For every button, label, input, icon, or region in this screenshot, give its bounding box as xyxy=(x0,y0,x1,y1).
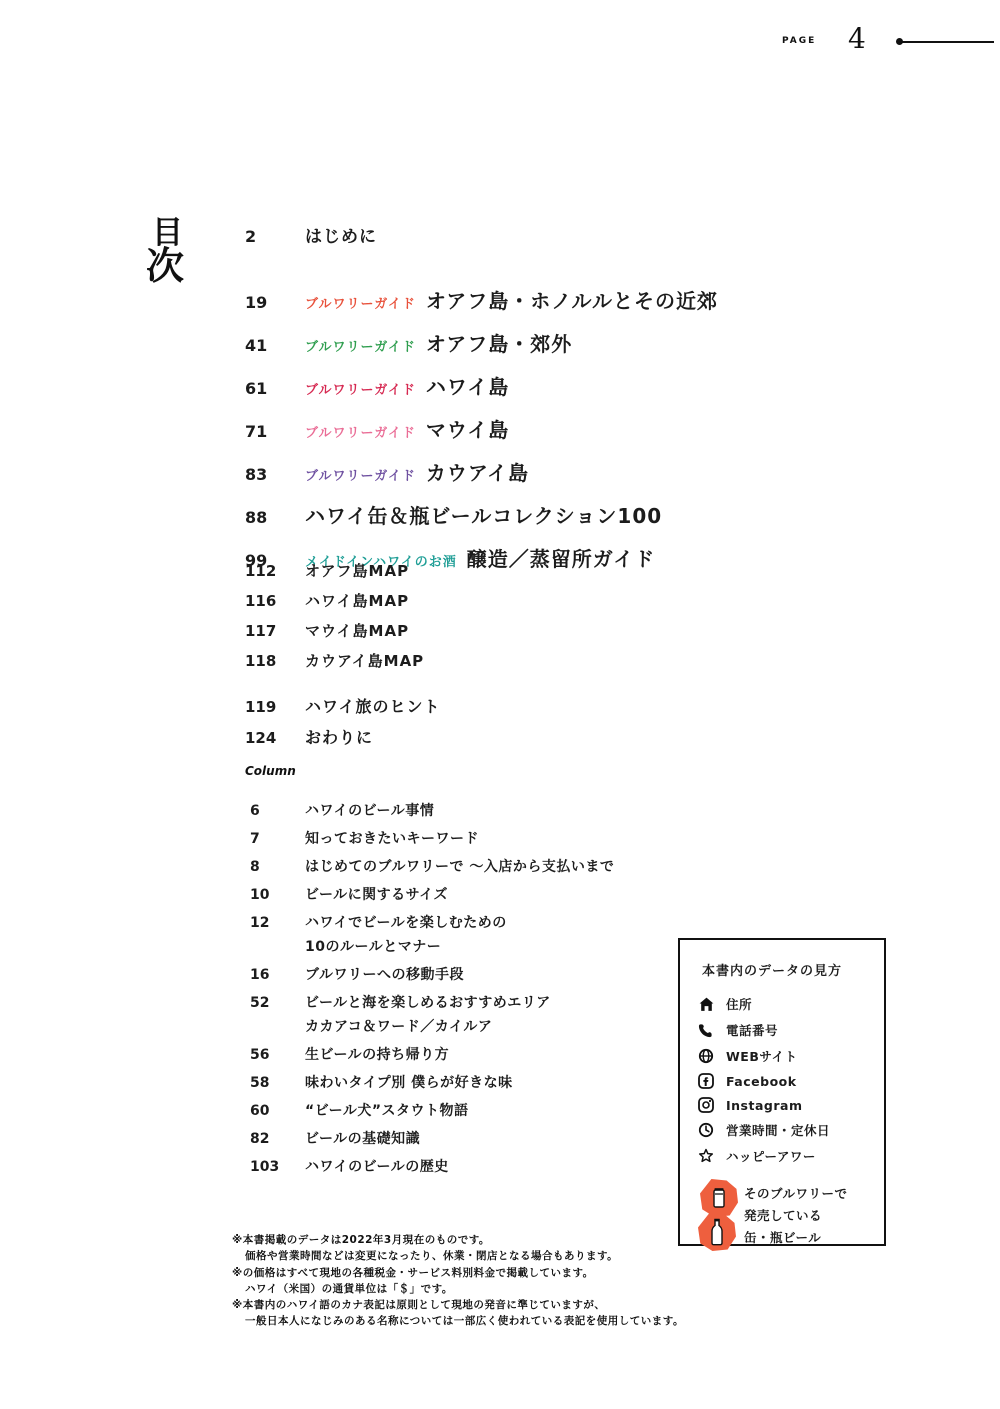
toc-item: 124 おわりに xyxy=(245,725,645,748)
toc-item-label-line2: 10のルールとマナー xyxy=(305,936,680,956)
toc-item-label: ハワイ旅のヒント xyxy=(305,694,441,717)
toc-item-number: 12 xyxy=(250,915,305,931)
legend-item-web: WEBサイト xyxy=(698,1047,870,1065)
toc-item-label: 生ビールの持ち帰り方 xyxy=(305,1044,449,1064)
footnote-line: ハワイ（米国）の通貨単位は「＄」です。 xyxy=(232,1281,792,1297)
legend-item-label: 電話番号 xyxy=(726,1021,778,1039)
toc-item-label: 知っておきたいキーワード xyxy=(305,828,479,848)
toc-item-label: ハワイ島 xyxy=(426,371,509,400)
toc-item-label: オアフ島MAP xyxy=(305,560,409,581)
toc-item-number: 56 xyxy=(250,1047,305,1063)
footnotes: ※本書掲載のデータは2022年3月現在のものです。 価格や営業時間などは変更にな… xyxy=(232,1232,792,1330)
toc-item-label: ハワイでビールを楽しむための xyxy=(305,912,507,932)
toc-item: 6 ハワイのビール事情 xyxy=(250,800,680,820)
toc-item-label: はじめてのブルワリーで ～入店から支払いまで xyxy=(305,856,614,876)
toc-item-number: 118 xyxy=(245,652,305,670)
clock-icon xyxy=(698,1122,726,1138)
legend-item-facebook: Facebook xyxy=(698,1073,870,1089)
toc-item-label: ビールの基礎知識 xyxy=(305,1128,420,1148)
toc-map-section: 112 オアフ島MAP 116 ハワイ島MAP 117 マウイ島MAP 118 … xyxy=(245,560,645,680)
legend-item-phone: 電話番号 xyxy=(698,1021,870,1039)
toc-item-label: ハワイ缶＆瓶ビールコレクション100 xyxy=(305,500,662,529)
column-section-header: Column xyxy=(245,764,296,778)
footnote-line: ※本書掲載のデータは2022年3月現在のものです。 xyxy=(232,1232,792,1248)
header-rule xyxy=(898,41,994,43)
toc-item-label: マウイ島MAP xyxy=(305,620,409,641)
toc-item-label: ビールと海を楽しめるおすすめエリア xyxy=(305,992,551,1012)
legend-item-label: ハッピーアワー xyxy=(726,1147,816,1165)
legend-item-hours: 営業時間・定休日 xyxy=(698,1121,870,1139)
toc-item: 16 ブルワリーへの移動手段 xyxy=(250,964,680,984)
toc-page: PAGE 4 目 次 2 はじめに 19 ブルワリーガイド オアフ島・ホノルルと… xyxy=(0,0,1000,1409)
toc-item-number: 119 xyxy=(245,698,305,716)
toc-item: 103 ハワイのビールの歴史 xyxy=(250,1156,680,1176)
toc-item: 82 ビールの基礎知識 xyxy=(250,1128,680,1148)
toc-item-label: はじめに xyxy=(305,222,377,247)
toc-item-tag: ブルワリーガイド xyxy=(305,465,416,484)
toc-item-number: 2 xyxy=(245,227,305,246)
toc-item-number: 88 xyxy=(245,508,305,527)
toc-item-number: 10 xyxy=(250,887,305,903)
toc-item-tag: ブルワリーガイド xyxy=(305,379,416,398)
globe-icon xyxy=(698,1048,726,1064)
toc-item-label: ブルワリーへの移動手段 xyxy=(305,964,464,984)
legend-item-label: WEBサイト xyxy=(726,1047,797,1065)
toc-item-number: 61 xyxy=(245,379,305,398)
title-char-2: 次 xyxy=(146,247,184,285)
data-legend-box: 本書内のデータの見方 住所 電話番号 WEBサイト Facebook xyxy=(678,938,886,1246)
toc-item-number: 19 xyxy=(245,293,305,312)
toc-item-number: 52 xyxy=(250,995,305,1011)
toc-item: 8 はじめてのブルワリーで ～入店から支払いまで xyxy=(250,856,680,876)
beer-note-line: そのブルワリーで xyxy=(744,1183,848,1205)
toc-item-number: 7 xyxy=(250,831,305,847)
toc-item-number: 8 xyxy=(250,859,305,875)
toc-item-label: “ビール犬”スタウト物語 xyxy=(305,1100,469,1120)
toc-item-label: ハワイのビール事情 xyxy=(305,800,434,820)
toc-item-label: ビールに関するサイズ xyxy=(305,884,448,904)
toc-item: 71 ブルワリーガイド マウイ島 xyxy=(245,414,805,443)
toc-item: 7 知っておきたいキーワード xyxy=(250,828,680,848)
toc-item-number: 112 xyxy=(245,562,305,580)
toc-item: 58 味わいタイプ別 僕らが好きな味 xyxy=(250,1072,680,1092)
instagram-icon xyxy=(698,1097,726,1113)
beer-note-line: 発売している xyxy=(744,1205,848,1227)
toc-item-label: オアフ島・ホノルルとその近郊 xyxy=(426,285,718,314)
toc-item-label-line2: カカアコ＆ワード／カイルア xyxy=(305,1016,680,1036)
legend-item-instagram: Instagram xyxy=(698,1097,870,1113)
toc-item: 116 ハワイ島MAP xyxy=(245,590,645,611)
toc-item-label: 味わいタイプ別 僕らが好きな味 xyxy=(305,1072,513,1092)
toc-end-section: 119 ハワイ旅のヒント 124 おわりに xyxy=(245,694,645,756)
legend-item-label: 住所 xyxy=(726,995,752,1013)
facebook-icon xyxy=(698,1073,726,1089)
toc-item: 83 ブルワリーガイド カウアイ島 xyxy=(245,457,805,486)
phone-icon xyxy=(698,1023,726,1038)
toc-item: 118 カウアイ島MAP xyxy=(245,650,645,671)
toc-item: 88 ハワイ缶＆瓶ビールコレクション100 xyxy=(245,500,805,529)
toc-item-label: オアフ島・郊外 xyxy=(426,328,572,357)
toc-item-label: おわりに xyxy=(305,725,373,748)
toc-main-section: 2 はじめに 19 ブルワリーガイド オアフ島・ホノルルとその近郊 41 ブルワ… xyxy=(245,222,805,586)
toc-item-tag: ブルワリーガイド xyxy=(305,422,416,441)
toc-item: 12 ハワイでビールを楽しむための xyxy=(250,912,680,932)
legend-item-label: Facebook xyxy=(726,1074,797,1089)
toc-item: 52 ビールと海を楽しめるおすすめエリア xyxy=(250,992,680,1012)
toc-item: 119 ハワイ旅のヒント xyxy=(245,694,645,717)
toc-item: 56 生ビールの持ち帰り方 xyxy=(250,1044,680,1064)
toc-item-tag: ブルワリーガイド xyxy=(305,293,416,312)
toc-item: 10 ビールに関するサイズ xyxy=(250,884,680,904)
toc-item: 117 マウイ島MAP xyxy=(245,620,645,641)
toc-item: 61 ブルワリーガイド ハワイ島 xyxy=(245,371,805,400)
toc-item-label: カウアイ島 xyxy=(426,457,529,486)
toc-item-number: 116 xyxy=(245,592,305,610)
toc-item-label: ハワイ島MAP xyxy=(305,590,409,611)
toc-item-number: 71 xyxy=(245,422,305,441)
toc-item-number: 103 xyxy=(250,1159,305,1175)
footnote-line: 価格や営業時間などは変更になったり、休業・閉店となる場合もあります。 xyxy=(232,1248,792,1264)
toc-item-number: 117 xyxy=(245,622,305,640)
toc-item-number: 60 xyxy=(250,1103,305,1119)
page-number: 4 xyxy=(848,22,866,55)
toc-item: 112 オアフ島MAP xyxy=(245,560,645,581)
legend-item-happyhour: ハッピーアワー xyxy=(698,1147,870,1165)
toc-item-label: ハワイのビールの歴史 xyxy=(305,1156,449,1176)
toc-item: 2 はじめに xyxy=(245,222,805,247)
toc-item-number: 6 xyxy=(250,803,305,819)
toc-item-number: 83 xyxy=(245,465,305,484)
toc-item-number: 58 xyxy=(250,1075,305,1091)
footnote-line: ※の価格はすべて現地の各種税金・サービス料別料金で掲載しています。 xyxy=(232,1265,792,1281)
toc-item-label: マウイ島 xyxy=(426,414,509,443)
page-title: 目 次 xyxy=(146,218,184,285)
star-icon xyxy=(698,1148,726,1164)
legend-title: 本書内のデータの見方 xyxy=(702,960,870,979)
toc-item-number: 16 xyxy=(250,967,305,983)
toc-item-label: カウアイ島MAP xyxy=(305,650,424,671)
toc-item: 60 “ビール犬”スタウト物語 xyxy=(250,1100,680,1120)
toc-item-number: 41 xyxy=(245,336,305,355)
home-icon xyxy=(698,996,726,1013)
toc-item-tag: ブルワリーガイド xyxy=(305,336,416,355)
toc-item: 41 ブルワリーガイド オアフ島・郊外 xyxy=(245,328,805,357)
toc-item: 19 ブルワリーガイド オアフ島・ホノルルとその近郊 xyxy=(245,285,805,314)
legend-item-label: 営業時間・定休日 xyxy=(726,1121,830,1139)
footnote-line: 一般日本人になじみのある名称については一部広く使われている表記を使用しています。 xyxy=(232,1313,792,1329)
legend-item-label: Instagram xyxy=(726,1098,802,1113)
footnote-line: ※本書内のハワイ語のカナ表記は原則として現地の発音に準じていますが、 xyxy=(232,1297,792,1313)
toc-column-section: 6 ハワイのビール事情 7 知っておきたいキーワード 8 はじめてのブルワリーで… xyxy=(250,800,680,1184)
page-label: PAGE xyxy=(782,36,816,46)
toc-item-number: 82 xyxy=(250,1131,305,1147)
legend-item-address: 住所 xyxy=(698,995,870,1013)
toc-item-number: 124 xyxy=(245,729,305,747)
can-icon xyxy=(700,1179,738,1217)
